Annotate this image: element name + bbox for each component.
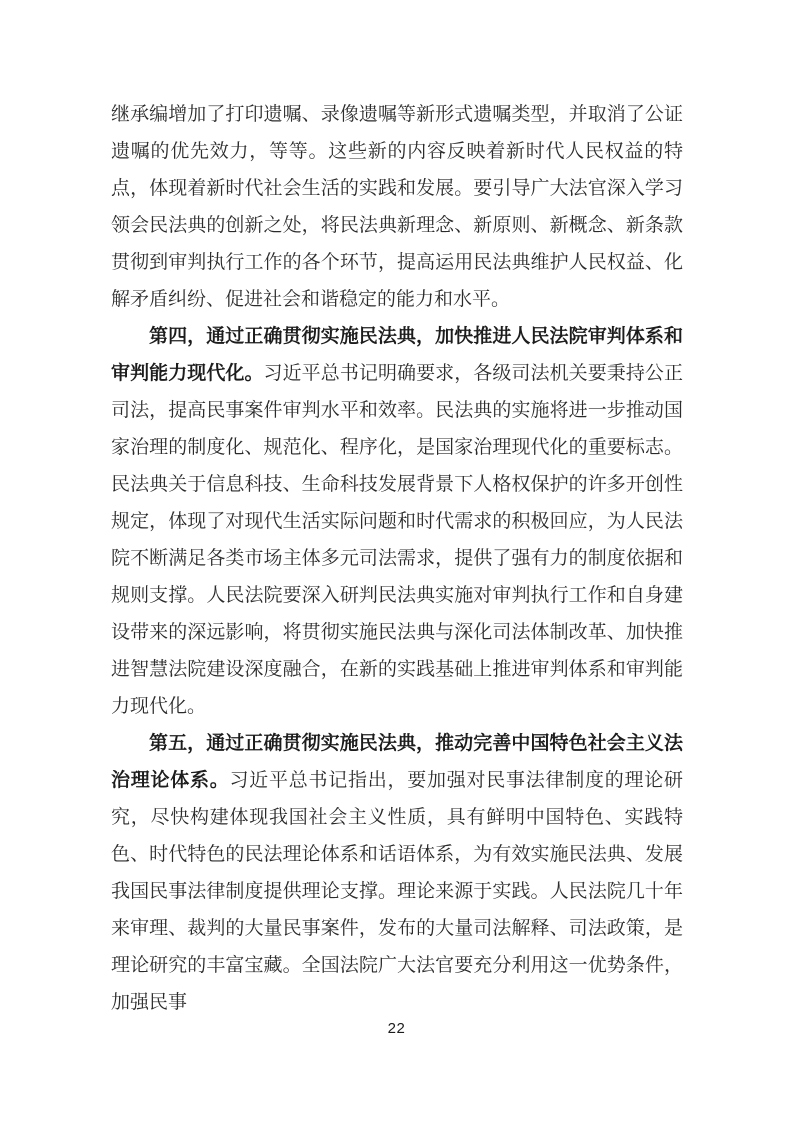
- page-number: 22: [388, 1020, 406, 1037]
- document-body: 继承编增加了打印遗嘱、录像遗嘱等新形式遗嘱类型，并取消了公证遗嘱的优先效力，等等…: [111, 96, 683, 1021]
- paragraph: 第四，通过正确贯彻实施民法典，加快推进人民法院审判体系和审判能力现代化。习近平总…: [111, 318, 683, 725]
- paragraph: 第五，通过正确贯彻实施民法典，推动完善中国特色社会主义法治理论体系。习近平总书记…: [111, 725, 683, 1021]
- paragraph: 继承编增加了打印遗嘱、录像遗嘱等新形式遗嘱类型，并取消了公证遗嘱的优先效力，等等…: [111, 96, 683, 318]
- document-page: 继承编增加了打印遗嘱、录像遗嘱等新形式遗嘱类型，并取消了公证遗嘱的优先效力，等等…: [0, 0, 793, 1122]
- page-footer: 22: [0, 1020, 793, 1038]
- paragraph-text: 习近平总书记明确要求，各级司法机关要秉持公正司法，提高民事案件审判水平和效率。民…: [111, 363, 683, 717]
- paragraph-text: 习近平总书记指出，要加强对民事法律制度的理论研究，尽快构建体现我国社会主义性质，…: [111, 770, 683, 1013]
- paragraph-text: 继承编增加了打印遗嘱、录像遗嘱等新形式遗嘱类型，并取消了公证遗嘱的优先效力，等等…: [111, 104, 683, 310]
